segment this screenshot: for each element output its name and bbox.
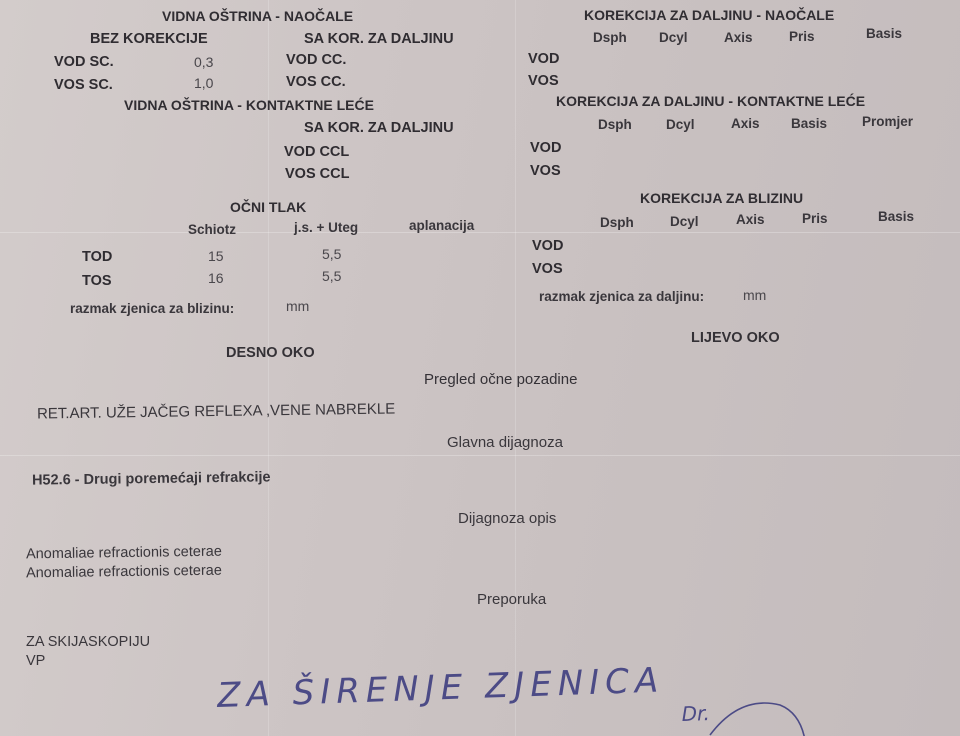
column-dsph: Dsph bbox=[593, 30, 627, 45]
column-basis: Basis bbox=[866, 26, 902, 41]
column-basis: Basis bbox=[878, 209, 914, 224]
diagnosis-description-line: Anomaliae refractionis ceterae bbox=[26, 544, 222, 563]
vod-cc-label: VOD CC. bbox=[286, 52, 346, 68]
tos-weight: 5,5 bbox=[322, 268, 341, 284]
with-correction-header: SA KOR. ZA DALJINU bbox=[304, 120, 454, 136]
signature-curve-icon bbox=[700, 695, 820, 736]
diagnosis-description-line: Anomaliae refractionis ceterae bbox=[26, 563, 222, 582]
pd-near-label: razmak zjenica za blizinu: bbox=[70, 301, 234, 316]
left-eye-header: LIJEVO OKO bbox=[691, 330, 780, 346]
column-dsph: Dsph bbox=[598, 117, 632, 132]
recommendation-line: ZA SKIJASKOPIJU bbox=[26, 634, 150, 650]
column-axis: Axis bbox=[731, 116, 760, 131]
recommendation-line: VP bbox=[26, 653, 45, 669]
fundus-finding: RET.ART. UŽE JAČEG REFLEXA ,VENE NABREKL… bbox=[37, 401, 395, 423]
paper-fold bbox=[0, 232, 960, 233]
vos-sc-value: 1,0 bbox=[194, 75, 213, 91]
column-pris: Pris bbox=[802, 211, 828, 226]
vos-sc-label: VOS SC. bbox=[54, 77, 113, 93]
vos-label: VOS bbox=[528, 73, 559, 89]
column-promjer: Promjer bbox=[862, 114, 913, 129]
column-dsph: Dsph bbox=[600, 215, 634, 230]
vos-label: VOS bbox=[530, 163, 561, 179]
section-title: OČNI TLAK bbox=[230, 199, 306, 215]
paper-fold bbox=[0, 455, 960, 456]
vos-label: VOS bbox=[532, 261, 563, 277]
vod-label: VOD bbox=[530, 140, 561, 156]
column-schiotz: Schiotz bbox=[188, 222, 236, 237]
column-dcyl: Dcyl bbox=[670, 214, 699, 229]
paper-fold bbox=[515, 0, 516, 736]
section-title: KOREKCIJA ZA BLIZINU bbox=[640, 190, 803, 206]
section-title: Glavna dijagnoza bbox=[447, 434, 563, 451]
right-eye-header: DESNO OKO bbox=[226, 345, 315, 361]
pd-near-unit: mm bbox=[286, 298, 309, 314]
main-diagnosis-value: H52.6 - Drugi poremećaji refrakcije bbox=[32, 469, 271, 488]
column-applanation: aplanacija bbox=[409, 218, 474, 233]
column-basis: Basis bbox=[791, 116, 827, 131]
tos-label: TOS bbox=[82, 273, 112, 289]
without-correction-header: BEZ KOREKCIJE bbox=[90, 31, 208, 47]
vod-sc-label: VOD SC. bbox=[54, 54, 114, 70]
section-title: Pregled očne pozadine bbox=[424, 371, 577, 388]
vod-label: VOD bbox=[528, 51, 559, 67]
column-pris: Pris bbox=[789, 29, 815, 44]
section-title: Dijagnoza opis bbox=[458, 510, 556, 527]
vod-label: VOD bbox=[532, 238, 563, 254]
vod-ccl-label: VOD CCL bbox=[284, 144, 349, 160]
tos-schiotz: 16 bbox=[208, 270, 224, 286]
column-axis: Axis bbox=[724, 30, 753, 45]
section-title: VIDNA OŠTRINA - NAOČALE bbox=[162, 8, 353, 24]
vos-cc-label: VOS CC. bbox=[286, 74, 346, 90]
handwritten-note: ZA ŠIRENJE ZJENICA bbox=[217, 660, 665, 716]
section-title: VIDNA OŠTRINA - KONTAKTNE LEĆE bbox=[124, 97, 374, 113]
section-title: KOREKCIJA ZA DALJINU - KONTAKTNE LEĆE bbox=[556, 93, 865, 109]
tod-label: TOD bbox=[82, 249, 112, 265]
column-dcyl: Dcyl bbox=[659, 30, 688, 45]
pd-far-unit: mm bbox=[743, 287, 766, 303]
section-title: KOREKCIJA ZA DALJINU - NAOČALE bbox=[584, 7, 834, 23]
column-weight: j.s. + Uteg bbox=[294, 220, 358, 235]
vos-ccl-label: VOS CCL bbox=[285, 166, 349, 182]
pd-far-label: razmak zjenica za daljinu: bbox=[539, 289, 704, 304]
tod-schiotz: 15 bbox=[208, 248, 224, 264]
column-dcyl: Dcyl bbox=[666, 117, 695, 132]
tod-weight: 5,5 bbox=[322, 246, 341, 262]
column-axis: Axis bbox=[736, 212, 765, 227]
section-title: Preporuka bbox=[477, 591, 546, 608]
with-correction-header: SA KOR. ZA DALJINU bbox=[304, 31, 454, 47]
vod-sc-value: 0,3 bbox=[194, 54, 213, 70]
